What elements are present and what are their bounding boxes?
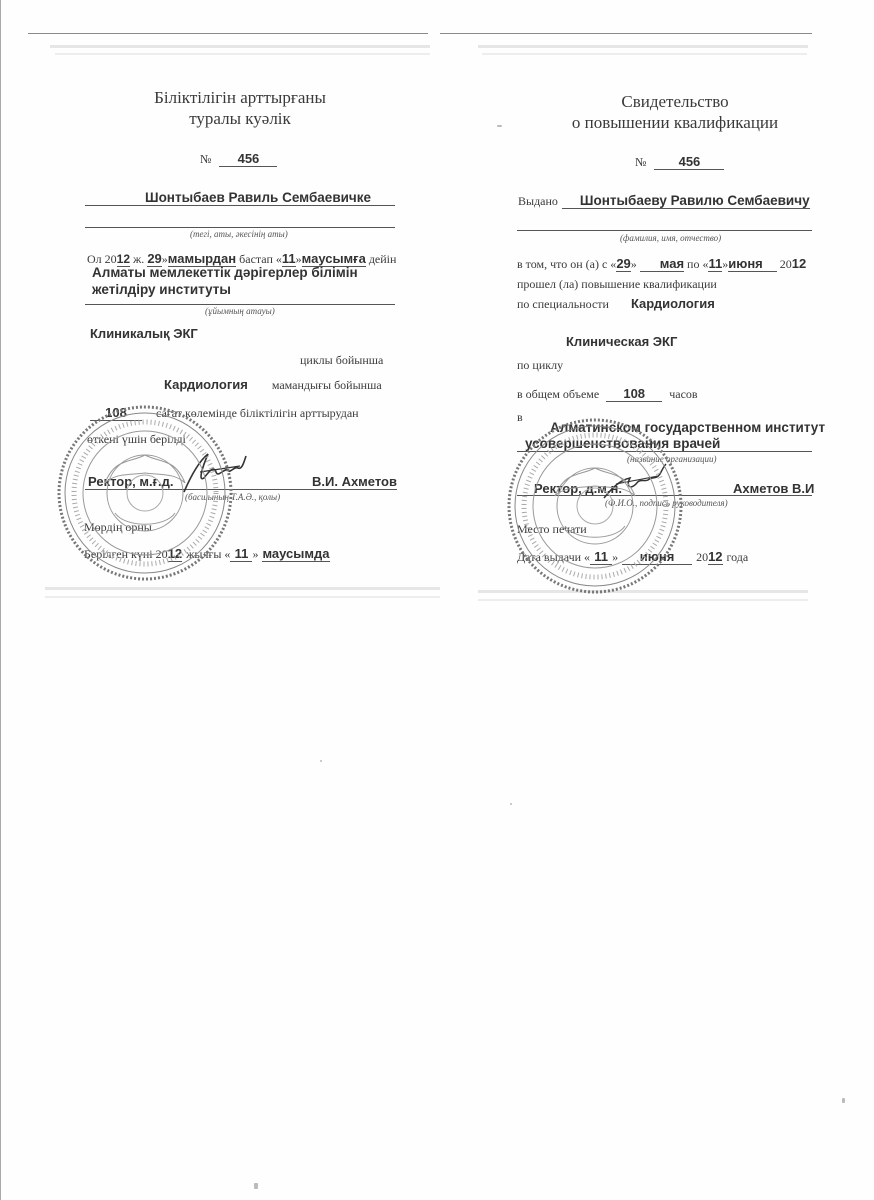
official-seal-left: [55, 403, 235, 583]
bleed-through-line: [50, 45, 430, 48]
left-organization: Алматы мемлекеттік дәрігерлер білімін же…: [92, 264, 422, 298]
volume-label: в общем объеме: [517, 387, 599, 401]
right-hours: 108: [606, 386, 662, 402]
top-border-right: [440, 33, 812, 34]
issued-to-label: Выдано: [518, 194, 558, 208]
left-organization-caption: (ұйымның атауы): [205, 306, 275, 316]
left-title-line2: туралы куәлік: [120, 108, 360, 129]
start-day: 29: [616, 256, 630, 272]
left-name-caption: (тегі, аты, әкесінің аты): [190, 229, 288, 239]
period-year: 12: [792, 256, 806, 271]
left-title-line1: Біліктілігін арттырғаны: [120, 87, 360, 108]
left-specialty-row: Кардиология мамандығы бойынша: [164, 376, 382, 394]
right-title-line1: Свидетельство: [540, 91, 810, 112]
right-period-row: в том, что он (а) с «29» мая по «11»июня…: [517, 256, 806, 272]
scan-speck: [497, 125, 502, 127]
name-underline-2: [85, 227, 395, 228]
right-cycle-label: по циклу: [517, 358, 563, 373]
number-label: №: [635, 155, 646, 169]
bleed-through-line: [45, 596, 440, 598]
scan-speck: [320, 760, 322, 762]
organization-underline: [85, 304, 395, 305]
right-number-row: № 456: [635, 153, 724, 171]
bleed-through-line: [55, 53, 430, 55]
scan-speck: [842, 1098, 845, 1103]
issue-year-prefix: 20: [696, 550, 708, 564]
hours-unit: часов: [669, 387, 697, 401]
bleed-through-line: [478, 599, 808, 601]
issue-year-suffix: года: [727, 550, 749, 564]
start-month: мая: [640, 256, 684, 272]
bleed-through-line: [45, 587, 440, 590]
left-title: Біліктілігін арттырғаны туралы куәлік: [120, 87, 360, 129]
right-specialty: Кардиология: [631, 296, 715, 311]
bleed-through-line: [478, 45, 808, 48]
right-recipient-name: Шонтыбаеву Равилю Сембаевичу: [562, 193, 810, 209]
start-sep: »: [631, 257, 637, 271]
issue-day-suffix: »: [252, 547, 258, 561]
issue-month: маусымда: [262, 546, 330, 562]
bleed-through-line: [482, 53, 807, 55]
name-underline: [517, 230, 812, 231]
left-cycle-suffix: циклы бойынша: [300, 353, 383, 368]
certificate-number: 456: [654, 154, 724, 170]
left-number-row: № 456: [200, 150, 277, 168]
right-signatory-name: Ахметов В.И: [733, 481, 814, 496]
number-label: №: [200, 152, 211, 166]
left-specialty: Кардиология: [164, 377, 248, 392]
left-cycle-name: Клиникалық ЭКГ: [90, 326, 198, 341]
to-word: по «: [687, 257, 708, 271]
left-recipient-name: Шонтыбаев Равиль Сембаевичке: [145, 190, 371, 205]
right-specialty-row: по специальности Кардиология: [517, 295, 715, 313]
period-prefix: в том, что он (а) с «: [517, 257, 616, 271]
left-specialty-suffix: мамандығы бойынша: [272, 378, 382, 392]
specialty-label: по специальности: [517, 297, 609, 311]
scan-speck: [510, 803, 512, 805]
right-title-line2: о повышении квалификации: [540, 112, 810, 133]
year-prefix: 20: [780, 257, 792, 271]
right-issued-to-row: Выдано Шонтыбаеву Равилю Сембаевичу: [518, 192, 810, 210]
right-name-caption: (фамилия, имя, отчество): [620, 233, 721, 243]
name-underline: [85, 205, 395, 206]
official-seal-right: [505, 416, 685, 596]
page-left-edge: [0, 0, 1, 1200]
end-day: 11: [708, 256, 722, 272]
right-volume-row: в общем объеме 108 часов: [517, 385, 698, 403]
right-completed-text: прошел (ла) повышение квалификации: [517, 277, 717, 292]
end-month: июня: [728, 256, 777, 272]
right-cycle-name: Клиническая ЭКГ: [566, 334, 677, 349]
certificate-number: 456: [219, 151, 277, 167]
scan-speck: [254, 1183, 258, 1189]
right-title: Свидетельство о повышении квалификации: [540, 91, 810, 133]
issue-year: 12: [708, 549, 722, 565]
left-signatory-name: В.И. Ахметов: [312, 474, 397, 489]
scanned-certificate-page: Біліктілігін арттырғаны туралы куәлік № …: [0, 0, 874, 1200]
top-border-left: [28, 33, 428, 34]
